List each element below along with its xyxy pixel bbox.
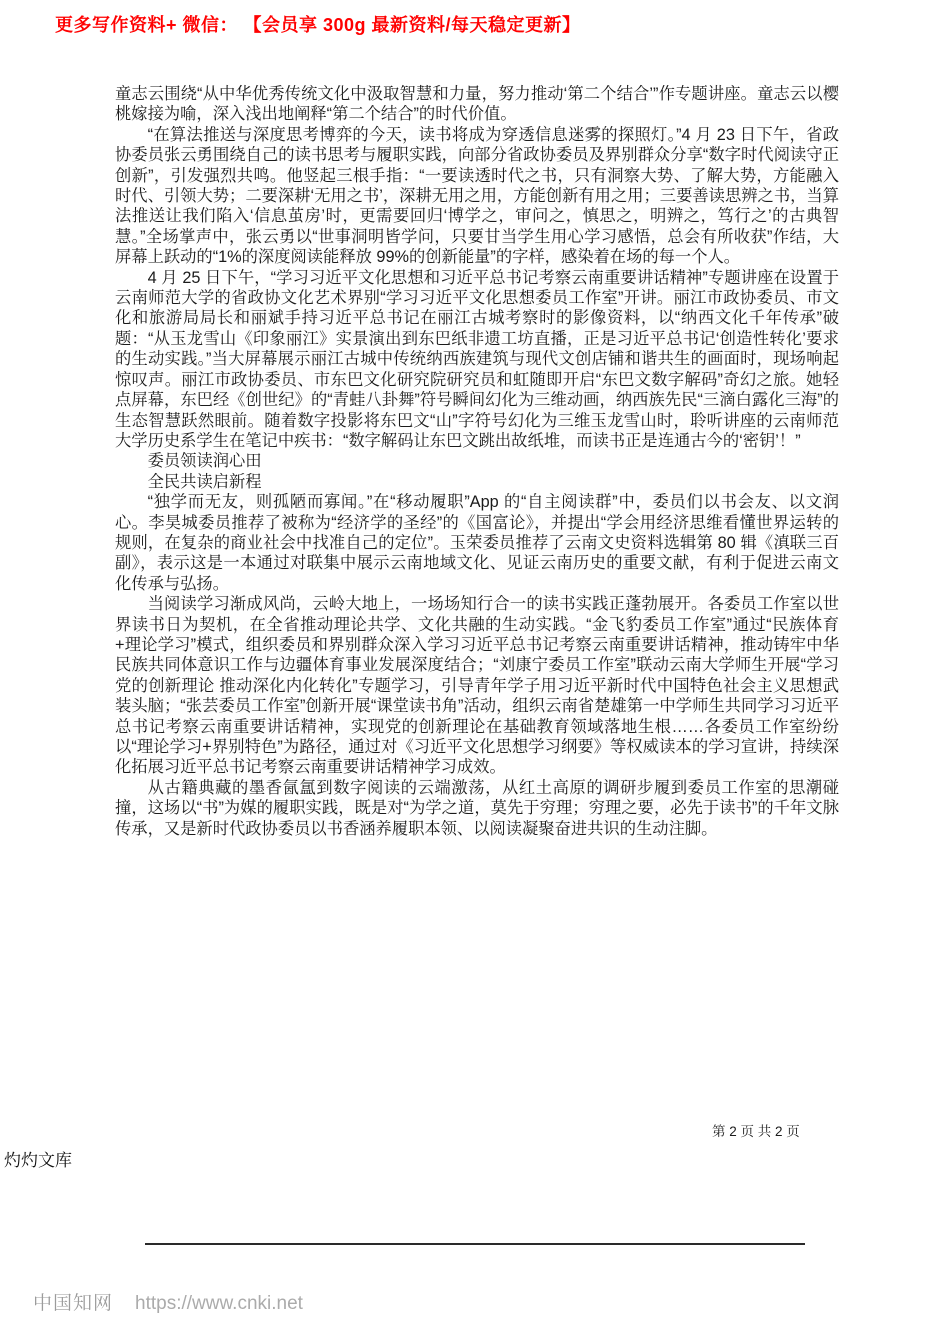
paragraph: 从古籍典藏的墨香氤氲到数字阅读的云端激荡，从红土高原的调研步履到委员工作室的思潮… <box>115 778 839 839</box>
paragraph: 全民共读启新程 <box>115 472 839 492</box>
promo-banner-text: 更多写作资料+ 微信： 【会员享 300g 最新资料/每天稳定更新】 <box>55 11 581 37</box>
paragraph: 委员领读润心田 <box>115 451 839 471</box>
paragraph: “在算法推送与深度思考博弈的今天，读书将成为穿透信息迷雾的探照灯。”4 月 23… <box>115 125 839 268</box>
paragraph: “独学而无友，则孤陋而寡闻。”在“移动履职”App 的“自主阅读群”中，委员们以… <box>115 492 839 594</box>
paragraph: 童志云围绕“从中华优秀传统文化中汲取智慧和力量，努力推动‘第二个结合’”作专题讲… <box>115 84 839 125</box>
document-body: 童志云围绕“从中华优秀传统文化中汲取智慧和力量，努力推动‘第二个结合’”作专题讲… <box>115 84 839 839</box>
paragraph: 4 月 25 日下午，“学习习近平文化思想和习近平总书记考察云南重要讲话精神”专… <box>115 268 839 452</box>
paragraph: 当阅读学习渐成风尚，云岭大地上，一场场知行合一的读书实践正蓬勃展开。各委员工作室… <box>115 594 839 778</box>
library-watermark: 灼灼文库 <box>4 1146 72 1171</box>
footer-divider-line <box>145 1243 805 1245</box>
cnki-site-url-link[interactable]: https://www.cnki.net <box>135 1293 303 1315</box>
page-number-indicator: 第 2 页 共 2 页 <box>712 1120 800 1140</box>
document-page: { "header": { "promo_text": "更多写作资料+ 微信：… <box>0 0 950 1344</box>
cnki-footer: 中国知网 https://www.cnki.net <box>33 1288 303 1315</box>
cnki-site-name: 中国知网 <box>33 1288 113 1315</box>
